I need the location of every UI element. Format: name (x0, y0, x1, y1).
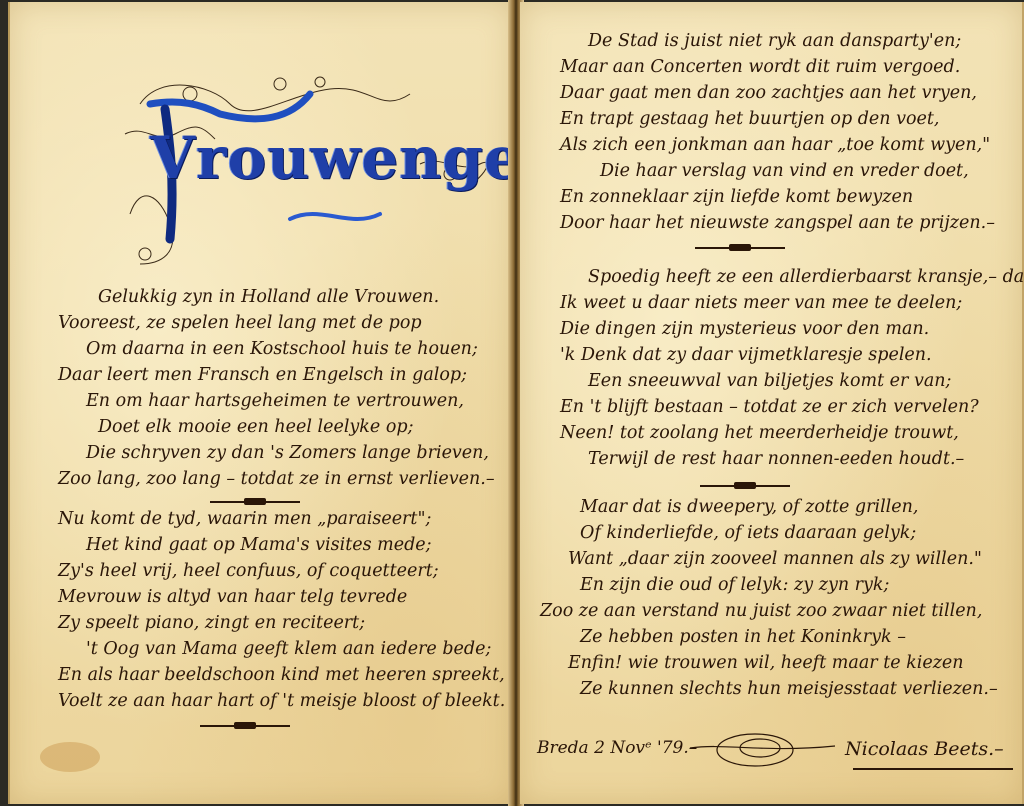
section-divider (700, 480, 790, 492)
poem-line: En om haar hartsgeheimen te vertrouwen, (58, 388, 495, 414)
paraph-flourish-ornament (685, 728, 845, 778)
poem-line: En zonneklaar zijn liefde komt bewyzen (560, 184, 995, 210)
poem-line: Spoedig heeft ze een allerdierbaarst kra… (560, 264, 1024, 290)
poem-line: Gelukkig zyn in Holland alle Vrouwen. (58, 284, 495, 310)
poem-line: Daar gaat men dan zoo zachtjes aan het v… (560, 80, 995, 106)
poem-line: Enfin! wie trouwen wil, heeft maar te ki… (540, 650, 998, 676)
place-date: Breda 2 Novᵉ '79.– (537, 738, 697, 758)
poem-line: Voelt ze aan haar hart of 't meisje bloo… (58, 688, 505, 714)
poem-line: Zoo ze aan verstand nu juist zoo zwaar n… (540, 598, 998, 624)
right-page: De Stad is juist niet ryk aan dansparty'… (520, 2, 1024, 804)
poem-line: Terwijl de rest haar nonnen-eeden houdt.… (560, 446, 1024, 472)
poem-line: Die haar verslag van vind en vreder doet… (560, 158, 995, 184)
poem-line: Maar aan Concerten wordt dit ruim vergoe… (560, 54, 995, 80)
poem-line: Als zich een jonkman aan haar „toe komt … (560, 132, 995, 158)
poem-line: Nu komt de tyd, waarin men „paraiseert"; (58, 506, 505, 532)
poem-line: Ze kunnen slechts hun meisjesstaat verli… (540, 676, 998, 702)
stanza-1: Gelukkig zyn in Holland alle Vrouwen. Vo… (58, 284, 495, 492)
poem-line: Een sneeuwval van biljetjes komt er van; (560, 368, 1024, 394)
poem-line: Mevrouw is altyd van haar telg tevrede (58, 584, 505, 610)
poem-line: Ze hebben posten in het Koninkryk – (540, 624, 998, 650)
left-page: Vrouwengeluk. Gelukkig zyn in Holland al… (8, 2, 512, 804)
poem-line: Ik weet u daar niets meer van mee te dee… (560, 290, 1024, 316)
poem-line: En trapt gestaag het buurtjen op den voe… (560, 106, 995, 132)
section-divider (200, 720, 290, 732)
foxing-stain (40, 742, 100, 772)
poem-line: De Stad is juist niet ryk aan dansparty'… (560, 28, 995, 54)
poem-line: En zijn die oud of lelyk: zy zyn ryk; (540, 572, 998, 598)
author-signature: Nicolaas Beets.– (845, 738, 1004, 760)
stanza-4: Spoedig heeft ze een allerdierbaarst kra… (560, 264, 1024, 472)
signature-underline (853, 768, 1013, 770)
poem-line: Zoo lang, zoo lang – totdat ze in ernst … (58, 466, 495, 492)
section-divider (695, 242, 785, 254)
poem-line: Of kinderliefde, of iets daaraan gelyk; (540, 520, 998, 546)
poem-line: En als haar beeldschoon kind met heeren … (58, 662, 505, 688)
poem-line: Maar dat is dweepery, of zotte grillen, (540, 494, 998, 520)
poem-line: Zy's heel vrij, heel confuus, of coquett… (58, 558, 505, 584)
poem-line: Daar leert men Fransch en Engelsch in ga… (58, 362, 495, 388)
poem-line: Doet elk mooie een heel leelyke op; (58, 414, 495, 440)
poem-line: Het kind gaat op Mama's visites mede; (58, 532, 505, 558)
poem-line: 'k Denk dat zy daar vijmetklaresje spele… (560, 342, 1024, 368)
poem-line: Door haar het nieuwste zangspel aan te p… (560, 210, 995, 236)
poem-line: Neen! tot zoolang het meerderheidje trou… (560, 420, 1024, 446)
stanza-3: De Stad is juist niet ryk aan dansparty'… (560, 28, 995, 236)
poem-line: En 't blijft bestaan – totdat ze er zich… (560, 394, 1024, 420)
title-block: Vrouwengeluk. (120, 64, 490, 274)
poem-line: Om daarna in een Kostschool huis te houe… (58, 336, 495, 362)
poem-line: 't Oog van Mama geeft klem aan iedere be… (58, 636, 505, 662)
poem-line: Vooreest, ze spelen heel lang met de pop (58, 310, 495, 336)
poem-line: Zy speelt piano, zingt en reciteert; (58, 610, 505, 636)
poem-line: Die schryven zy dan 's Zomers lange brie… (58, 440, 495, 466)
signature-block: Breda 2 Novᵉ '79.– Nicolaas Beets.– (535, 728, 1015, 778)
poem-line: Die dingen zijn mysterieus voor den man. (560, 316, 1024, 342)
stanza-5: Maar dat is dweepery, of zotte grillen, … (540, 494, 998, 702)
poem-line: Want „daar zijn zooveel mannen als zy wi… (540, 546, 998, 572)
stanza-2: Nu komt de tyd, waarin men „paraiseert";… (58, 506, 505, 714)
